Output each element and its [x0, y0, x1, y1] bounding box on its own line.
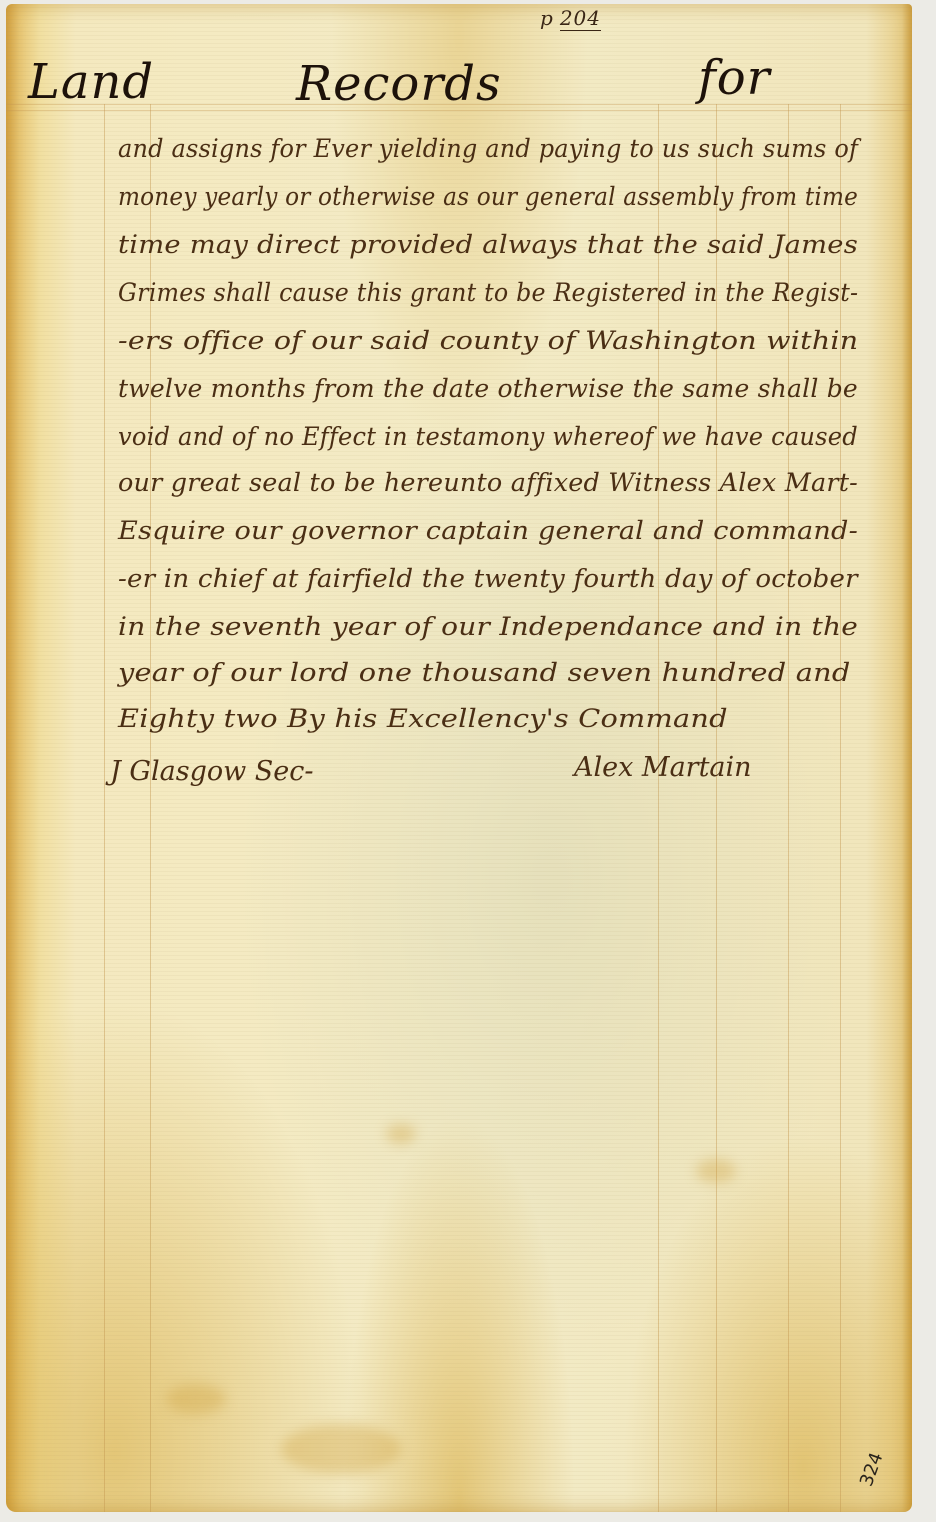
margin-rule-line — [150, 104, 151, 1512]
column-rule-line — [840, 104, 841, 1512]
margin-rule-line — [104, 104, 105, 1512]
body-line: our great seal to be hereunto affixed Wi… — [118, 468, 858, 497]
body-line: in the seventh year of our Independance … — [118, 612, 858, 641]
governor-signature: Alex Martain — [574, 752, 752, 783]
heading-for: for — [698, 50, 771, 106]
heading-records: Records — [296, 56, 502, 112]
body-line: Grimes shall cause this grant to be Regi… — [118, 278, 858, 307]
body-line: Esquire our governor captain general and… — [118, 516, 858, 545]
heading-land: Land — [28, 54, 154, 110]
page-ref-number: 204 — [560, 6, 601, 31]
archive-number: 324 — [856, 1450, 887, 1489]
manuscript-page: p204 Land Records for and assigns for Ev… — [6, 4, 912, 1512]
secretary-signature: J Glasgow Sec- — [110, 756, 314, 787]
body-line: money yearly or otherwise as our general… — [118, 182, 858, 211]
body-line: void and of no Effect in testamony where… — [118, 422, 858, 451]
body-line: and assigns for Ever yielding and paying… — [118, 134, 858, 163]
column-rule-line — [788, 104, 789, 1512]
body-line: time may direct provided always that the… — [118, 230, 858, 259]
body-line: year of our lord one thousand seven hund… — [118, 658, 850, 687]
body-line: -ers office of our said county of Washin… — [118, 326, 858, 355]
water-stain — [386, 1124, 416, 1144]
body-line: twelve months from the date otherwise th… — [118, 374, 858, 403]
water-stain — [281, 1424, 401, 1474]
body-line: -er in chief at fairfield the twenty fou… — [118, 564, 858, 593]
page-ref-prefix: p — [540, 6, 554, 30]
column-rule-line — [658, 104, 659, 1512]
body-line: Eighty two By his Excellency's Command — [118, 704, 728, 733]
column-rule-line — [716, 104, 717, 1512]
water-stain — [696, 1159, 736, 1183]
page-reference: p204 — [540, 6, 601, 30]
water-stain — [166, 1384, 226, 1414]
